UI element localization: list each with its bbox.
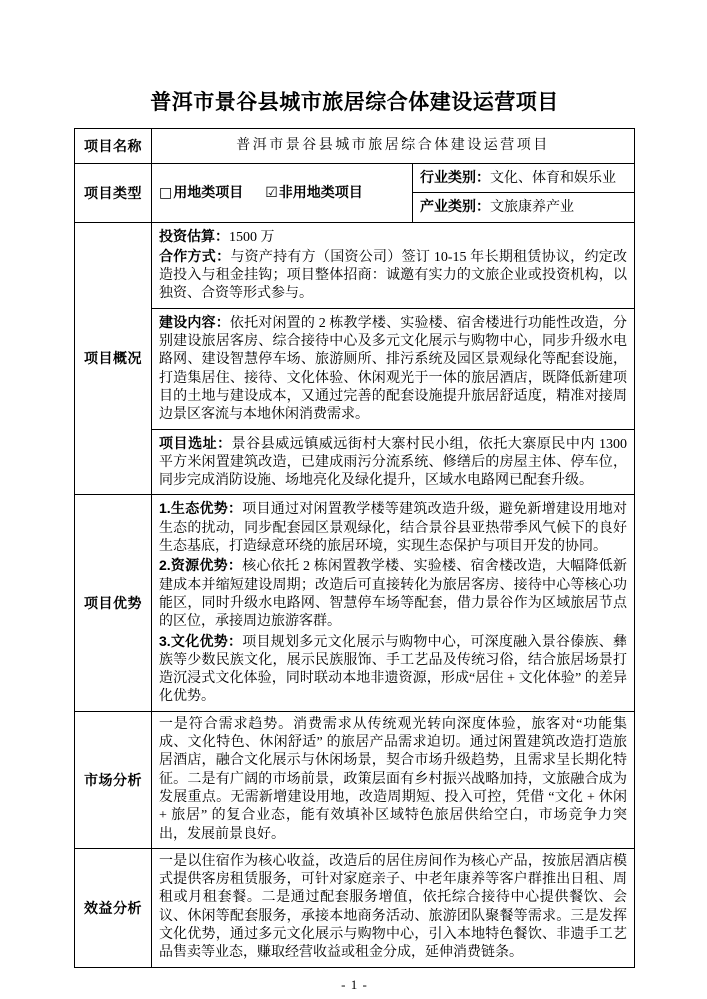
paragraph: 合作方式：与资产持有方（国资公司）签订 10-15 年长期租赁协议，约定改造投入… bbox=[159, 247, 627, 304]
document-page: 普洱市景谷县城市旅居综合体建设运营项目 项目名称 普洱市景谷县城市旅居综合体建设… bbox=[0, 0, 707, 999]
table-row: 市场分析 一是符合需求趋势。消费需求从传统观光转向深度体验，旅客对“功能集成、文… bbox=[75, 711, 635, 848]
industry-category-value: 文化、体育和娱乐业 bbox=[490, 171, 616, 186]
paragraph: 1.生态优势：项目通过对闲置教学楼等建筑改造升级，避免新增建设用地对生态的扰动，… bbox=[159, 499, 627, 556]
field-label: 2.资源优势： bbox=[159, 557, 242, 573]
page-title: 普洱市景谷县城市旅居综合体建设运营项目 bbox=[74, 86, 635, 116]
project-name-value: 普洱市景谷县城市旅居综合体建设运营项目 bbox=[152, 129, 635, 164]
field-label: 合作方式： bbox=[159, 248, 230, 264]
row-label-benefit: 效益分析 bbox=[75, 848, 152, 967]
field-label: 项目选址： bbox=[159, 435, 232, 451]
table-row: 项目选址：景谷县威远镇威远街村大寨村民小组，依托大寨原民中内 1300 平方米闲… bbox=[75, 429, 635, 495]
row-label-advantages: 项目优势 bbox=[75, 495, 152, 711]
industry-category-label: 行业类别： bbox=[420, 169, 490, 185]
field-label: 1.生态优势： bbox=[159, 500, 242, 516]
paragraph: 建设内容：依托对闲置的 2 栋教学楼、实验楼、宿舍楼进行功能性改造，分别建设旅居… bbox=[159, 313, 627, 425]
project-info-table: 项目名称 普洱市景谷县城市旅居综合体建设运营项目 项目类型 □用地类项目☑非用地… bbox=[74, 128, 635, 968]
row-label-project-name: 项目名称 bbox=[75, 129, 152, 164]
market-analysis-cell: 一是符合需求趋势。消费需求从传统观光转向深度体验，旅客对“功能集成、文化特色、休… bbox=[152, 711, 635, 848]
option-land-label: 用地类项目 bbox=[173, 184, 243, 200]
table-row: 项目类型 □用地类项目☑非用地类项目 行业类别：文化、体育和娱乐业 bbox=[75, 164, 635, 193]
field-value: 与资产持有方（国资公司）签订 10-15 年长期租赁协议，约定改造投入与租金挂钩… bbox=[159, 250, 627, 302]
advantages-cell: 1.生态优势：项目通过对闲置教学楼等建筑改造升级，避免新增建设用地对生态的扰动，… bbox=[152, 495, 635, 711]
row-label-project-type: 项目类型 bbox=[75, 164, 152, 223]
row-label-market: 市场分析 bbox=[75, 711, 152, 848]
field-label: 建设内容： bbox=[159, 314, 230, 330]
benefit-analysis-cell: 一是以住宿作为核心收益，改造后的居住房间作为核心产品，按旅居酒店模式提供客房租赁… bbox=[152, 848, 635, 967]
row-label-overview: 项目概况 bbox=[75, 222, 152, 495]
paragraph: 项目选址：景谷县威远镇威远街村大寨村民小组，依托大寨原民中内 1300 平方米闲… bbox=[159, 434, 627, 491]
option-nonland-project: ☑非用地类项目 bbox=[265, 184, 363, 200]
table-row: 建设内容：依托对闲置的 2 栋教学楼、实验楼、宿舍楼进行功能性改造，分别建设旅居… bbox=[75, 308, 635, 429]
sector-category-label: 产业类别： bbox=[420, 198, 490, 214]
option-nonland-label: 非用地类项目 bbox=[279, 184, 363, 200]
paragraph: 一是以住宿作为核心收益，改造后的居住房间作为核心产品，按旅居酒店模式提供客房租赁… bbox=[159, 853, 627, 963]
table-row: 项目优势 1.生态优势：项目通过对闲置教学楼等建筑改造升级，避免新增建设用地对生… bbox=[75, 495, 635, 711]
overview-investment-cooperation-cell: 投资估算：1500 万 合作方式：与资产持有方（国资公司）签订 10-15 年长… bbox=[152, 222, 635, 308]
project-type-options: □用地类项目☑非用地类项目 bbox=[152, 164, 413, 223]
table-row: 项目名称 普洱市景谷县城市旅居综合体建设运营项目 bbox=[75, 129, 635, 164]
sector-category-value: 文旅康养产业 bbox=[490, 200, 574, 215]
checkbox-checked-icon: ☑ bbox=[265, 185, 278, 201]
field-label: 投资估算： bbox=[159, 228, 229, 244]
industry-category-cell: 行业类别：文化、体育和娱乐业 bbox=[413, 164, 635, 193]
table-row: 项目概况 投资估算：1500 万 合作方式：与资产持有方（国资公司）签订 10-… bbox=[75, 222, 635, 308]
overview-construction-cell: 建设内容：依托对闲置的 2 栋教学楼、实验楼、宿舍楼进行功能性改造，分别建设旅居… bbox=[152, 308, 635, 429]
option-land-project: □用地类项目 bbox=[159, 184, 243, 200]
page-number: - 1 - bbox=[74, 977, 635, 993]
field-value: 依托对闲置的 2 栋教学楼、实验楼、宿舍楼进行功能性改造，分别建设旅居客房、综合… bbox=[159, 316, 627, 422]
paragraph: 投资估算：1500 万 bbox=[159, 227, 627, 247]
sector-category-cell: 产业类别：文旅康养产业 bbox=[413, 193, 635, 222]
paragraph: 2.资源优势：核心依托 2 栋闲置教学楼、实验楼、宿舍楼改造，大幅降低新建成本并… bbox=[159, 556, 627, 631]
table-row: 效益分析 一是以住宿作为核心收益，改造后的居住房间作为核心产品，按旅居酒店模式提… bbox=[75, 848, 635, 967]
field-label: 3.文化优势： bbox=[159, 633, 242, 649]
overview-site-cell: 项目选址：景谷县威远镇威远街村大寨村民小组，依托大寨原民中内 1300 平方米闲… bbox=[152, 429, 635, 495]
paragraph: 3.文化优势：项目规划多元文化展示与购物中心，可深度融入景谷傣族、彝族等少数民族… bbox=[159, 632, 627, 707]
paragraph: 一是符合需求趋势。消费需求从传统观光转向深度体验，旅客对“功能集成、文化特色、休… bbox=[159, 716, 627, 844]
field-value: 1500 万 bbox=[229, 230, 275, 245]
checkbox-unchecked-icon: □ bbox=[159, 185, 172, 201]
